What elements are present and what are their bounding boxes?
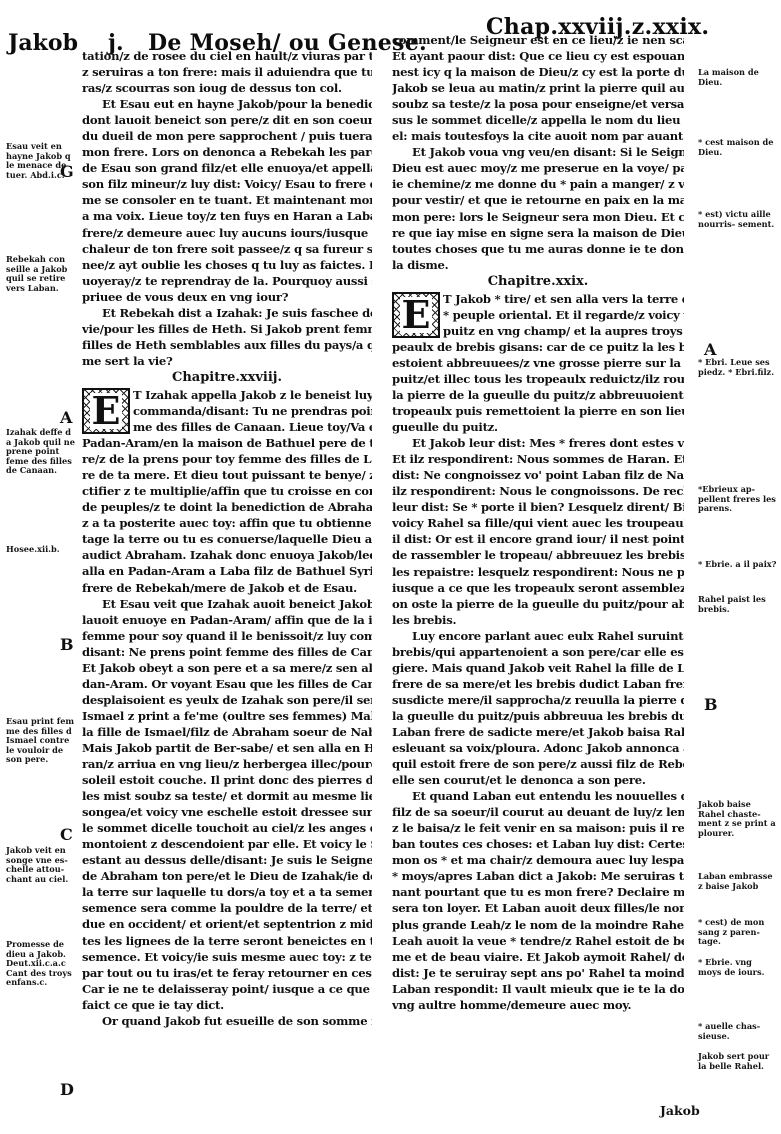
- text-line: la gueulle du puitz/puis abbreuua les br…: [392, 708, 684, 724]
- text-line: plus grande Leah/z le nom de la moindre …: [392, 917, 684, 933]
- margin-note: *Ebrieux ap- pellent freres les parens.: [698, 485, 778, 514]
- text-line: * moys/apres Laban dict a Jakob: Me seru…: [392, 868, 684, 884]
- text-line: esleuant sa voix/ploura. Adonc Jakob ann…: [392, 740, 684, 756]
- margin-note: Esau print fem me des filles d Ismael co…: [6, 717, 78, 765]
- text-line: ban toutes ces choses: et Laban luy dist…: [392, 836, 684, 852]
- margin-note: Hosee.xii.b.: [6, 545, 78, 555]
- text-line: de rassembler le tropeau/ abbreuuez les …: [392, 547, 684, 563]
- text-line: T Jakob * tire/ et sen alla vers la terr…: [443, 291, 684, 307]
- text-line: Ismael z print a fe'me (oultre ses femme…: [82, 708, 372, 724]
- text-line: el: mais toutesfoys la cite auoit nom pa…: [392, 128, 684, 144]
- text-line: Jakob se leua au matin/z print la pierre…: [392, 80, 684, 96]
- text-line: la fille de Ismael/filz de Abraham soeur…: [82, 724, 372, 740]
- text-line: la terre sur laquelle tu dors/a toy et a…: [82, 884, 372, 900]
- text-line: iusque a ce que les tropeaulx seront ass…: [392, 580, 684, 596]
- text-line: nest icy q la maison de Dieu/z cy est la…: [392, 64, 684, 80]
- text-line: de Abraham ton pere/et le Dieu de Izahak…: [82, 868, 372, 884]
- margin-note: * Ebri. Leue ses piedz. * Ebri.filz.: [698, 358, 778, 377]
- text-line: Et Jakob obeyt a son pere et a sa mere/z…: [82, 660, 372, 676]
- section-letter: D: [60, 1080, 74, 1099]
- text-line: re que iay mise en signe sera la maison …: [392, 225, 684, 241]
- margin-note: * cest) de mon sang z paren- tage.: [698, 918, 778, 947]
- decorated-initial-icon: E: [82, 388, 130, 434]
- text-line: lauoit enuoye en Padan-Aram/ affin que d…: [82, 612, 372, 628]
- margin-note: * auelle chas- sieuse.: [698, 1022, 778, 1041]
- text-line: me et de beau viaire. Et Jakob aymoit Ra…: [392, 949, 684, 965]
- margin-note: * cest maison de Dieu.: [698, 138, 778, 157]
- text-line: z le baisa/z le feit venir en sa maison:…: [392, 820, 684, 836]
- text-line: ran/z arriua en vng lieu/z herbergea ill…: [82, 756, 372, 772]
- text-line: uoyeray/z te reprendray de la. Pourquoy …: [82, 273, 372, 289]
- text-line: commanda/disant: Tu ne prendras point fe…: [133, 403, 372, 419]
- text-line: puitz/et illec tous les tropeaulx reduic…: [392, 371, 684, 387]
- text-line: dist: Ne congnoissez vo' point Laban fil…: [392, 467, 684, 483]
- text-line: il dist: Or est il encore grand iour/ il…: [392, 531, 684, 547]
- text-line: T Izahak appella Jakob z le beneist luy: [133, 387, 372, 403]
- text-line: nant pourtant que tu es mon frere? Decla…: [392, 884, 684, 900]
- text-line: me des filles de Canaan. Lieue toy/Va en: [133, 419, 372, 435]
- text-line: semence sera comme la pouldre de la terr…: [82, 900, 372, 916]
- text-line: on oste la pierre de la gueulle du puitz…: [392, 596, 684, 612]
- margin-note: * Ebrie. a il paix?: [698, 560, 778, 570]
- text-line: filz de sa soeur/il courut au deuant de …: [392, 804, 684, 820]
- text-line: ie chemine/z me donne du * pain a manger…: [392, 176, 684, 192]
- text-line: la pierre de la gueulle du puitz/z abbre…: [392, 387, 684, 403]
- text-line: Et ayant paour dist: Que ce lieu cy est …: [392, 48, 684, 64]
- text-line: frere de Rebekah/mere de Jakob et de Esa…: [82, 580, 372, 596]
- text-line: ilz respondirent: Nous le congnoissons. …: [392, 483, 684, 499]
- text-line: ras/z scourras son ioug de dessus ton co…: [82, 80, 372, 96]
- text-line: du dueil de mon pere sapprochent / puis …: [82, 128, 372, 144]
- text-line: pour vestir/ et que ie retourne en paix …: [392, 192, 684, 208]
- text-line: nee/z ayt oublie les choses q tu luy as …: [82, 257, 372, 273]
- margin-note: Izahak deffe d a Jakob quil ne prene poi…: [6, 428, 78, 476]
- margin-note: Laban embrasse z baise Jakob: [698, 872, 778, 891]
- text-line: les repaistre: lesquelz respondirent: No…: [392, 564, 684, 580]
- text-line: * peuple oriental. Et il regarde/z voicy…: [443, 307, 684, 323]
- text-line: songea/et voicy vne eschelle estoit dres…: [82, 804, 372, 820]
- text-line: elle sen courut/et le denonca a son pere…: [392, 772, 684, 788]
- section-letter: B: [704, 695, 718, 714]
- margin-note: Rebekah con seille a Jakob quil se retir…: [6, 255, 78, 293]
- text-line: Et ilz respondirent: Nous sommes de Hara…: [392, 451, 684, 467]
- margin-note: * est) victu aille nourris- sement.: [698, 210, 778, 229]
- text-line: toutes choses que tu me auras donne ie t…: [392, 241, 684, 257]
- text-line: Leah auoit la veue * tendre/z Rahel esto…: [392, 933, 684, 949]
- text-line: soleil estoit couche. Il print donc des …: [82, 772, 372, 788]
- text-line: son filz mineur/z luy dist: Voicy/ Esau …: [82, 176, 372, 192]
- text-line: quil estoit frere de son pere/z aussi fi…: [392, 756, 684, 772]
- text-line: peaulx de brebis gisans: car de ce puitz…: [392, 339, 684, 355]
- chapter-opening: E T Jakob * tire/ et sen alla vers la te…: [392, 291, 684, 339]
- margin-note: Jakob sert pour la belle Rahel.: [698, 1052, 778, 1071]
- text-line: de Esau son grand filz/et elle enuoya/et…: [82, 160, 372, 176]
- text-line: Car ie ne te delaisseray point/ iusque a…: [82, 981, 372, 997]
- text-line: priuee de vous deux en vng iour?: [82, 289, 372, 305]
- text-line: estoient abbreuuees/z vne grosse pierre …: [392, 355, 684, 371]
- text-line: sus le sommet dicelle/z appella le nom d…: [392, 112, 684, 128]
- text-line: Et Esau veit que Izahak auoit beneict Ja…: [82, 596, 372, 612]
- text-line: tage la terre ou tu es conuerse/laquelle…: [82, 531, 372, 547]
- section-letter: C: [60, 825, 73, 844]
- text-line: voicy Rahel sa fille/qui vient auec les …: [392, 515, 684, 531]
- text-line: Laban frere de sadicte mere/et Jakob bai…: [392, 724, 684, 740]
- text-line: Laban respondit: Il vault mieulx que ie …: [392, 981, 684, 997]
- text-line: comment/le Seigneur est en ce lieu/z ie …: [392, 32, 684, 48]
- text-line: Et Jakob leur dist: Mes * freres dont es…: [392, 435, 684, 451]
- text-line: les brebis.: [392, 612, 684, 628]
- text-line: la disme.: [392, 257, 684, 273]
- text-line: vie/pour les filles de Heth. Si Jakob pr…: [82, 321, 372, 337]
- margin-note: Rahel paist les brebis.: [698, 595, 778, 614]
- left-text-column: tation/z de rosee du ciel en hault/z viu…: [82, 48, 372, 1029]
- text-line: desplaisoient es yeulx de Izahak son per…: [82, 692, 372, 708]
- text-line: tation/z de rosee du ciel en hault/z viu…: [82, 48, 372, 64]
- text-line: Et Jakob voua vng veu/en disant: Si le S…: [392, 144, 684, 160]
- right-text-column: comment/le Seigneur est en ce lieu/z ie …: [392, 16, 684, 1013]
- margin-note: * Ebrie. vng moys de iours.: [698, 958, 778, 977]
- section-letter: A: [704, 340, 716, 359]
- text-line: Et quand Laban eut entendu les nouuelles…: [392, 788, 684, 804]
- text-line: les mist soubz sa teste/ et dormit au me…: [82, 788, 372, 804]
- text-line: soubz sa teste/z la posa pour enseigne/e…: [392, 96, 684, 112]
- text-line: femme pour soy quand il le benissoit/z l…: [82, 628, 372, 644]
- chapter-heading: Chapitre.xxix.: [392, 273, 684, 291]
- text-line: le sommet dicelle touchoit au ciel/z les…: [82, 820, 372, 836]
- section-letter: A: [60, 408, 72, 427]
- bible-page: Jakob j. De Moseh/ ou Genese. Chap.xxvii…: [0, 0, 781, 1134]
- chapter-heading: Chapitre.xxviij.: [82, 369, 372, 387]
- text-line: Et Esau eut en hayne Jakob/pour la bened…: [82, 96, 372, 112]
- text-line: gueulle du puitz.: [392, 419, 684, 435]
- text-line: brebis/qui appartenoient a son pere/car …: [392, 644, 684, 660]
- text-line: me sert la vie?: [82, 353, 372, 369]
- text-line: vng aultre homme/demeure auec moy.: [392, 997, 684, 1013]
- catchword: Jakob: [660, 1103, 700, 1118]
- text-line: montoient z descendoient par elle. Et vo…: [82, 836, 372, 852]
- text-line: semence. Et voicy/ie suis mesme auec toy…: [82, 949, 372, 965]
- text-line: dist: Je te seruiray sept ans po' Rahel …: [392, 965, 684, 981]
- text-line: Or quand Jakob fut esueille de son somme…: [82, 1013, 372, 1029]
- text-line: frere de sa mere/et les brebis dudict La…: [392, 676, 684, 692]
- text-line: frere/z demeure auec luy aucuns iours/iu…: [82, 225, 372, 241]
- text-line: filles de Heth semblables aux filles du …: [82, 337, 372, 353]
- text-line: z a ta posterite auec toy: affin que tu …: [82, 515, 372, 531]
- text-line: susdicte mere/il sapprocha/z reuulla la …: [392, 692, 684, 708]
- text-line: Luy encore parlant auec eulx Rahel surui…: [392, 628, 684, 644]
- text-line: ctifier z te multiplie/affin que tu croi…: [82, 483, 372, 499]
- margin-note: Jakob baise Rahel chaste- ment z se prin…: [698, 800, 778, 838]
- text-line: tropeaulx puis remettoient la pierre en …: [392, 403, 684, 419]
- text-line: tes les lignees de la terre seront benei…: [82, 933, 372, 949]
- section-letter: G: [60, 162, 74, 181]
- text-line: a ma voix. Lieue toy/z ten fuys en Haran…: [82, 208, 372, 224]
- chapter-opening: E T Izahak appella Jakob z le beneist lu…: [82, 387, 372, 435]
- text-line: Et Rebekah dist a Izahak: Je suis fasche…: [82, 305, 372, 321]
- text-line: sera ton loyer. Et Laban auoit deux fill…: [392, 900, 684, 916]
- text-line: giere. Mais quand Jakob veit Rahel la fi…: [392, 660, 684, 676]
- margin-note: La maison de Dieu.: [698, 68, 778, 87]
- decorated-initial-icon: E: [392, 292, 440, 338]
- text-line: Dieu est auec moy/z me preserue en la vo…: [392, 160, 684, 176]
- text-line: chaleur de ton frere soit passee/z q sa …: [82, 241, 372, 257]
- text-line: mon os * et ma chair/z demoura auec luy …: [392, 852, 684, 868]
- text-line: disant: Ne prens point femme des filles …: [82, 644, 372, 660]
- text-line: mon frere. Lors on denonca a Rebekah les…: [82, 144, 372, 160]
- text-line: Padan-Aram/en la maison de Bathuel pere …: [82, 435, 372, 451]
- text-line: estant au dessus delle/disant: Je suis l…: [82, 852, 372, 868]
- text-line: audict Abraham. Izahak donc enuoya Jakob…: [82, 547, 372, 563]
- text-line: par tout ou tu iras/et te feray retourne…: [82, 965, 372, 981]
- section-letter: B: [60, 635, 74, 654]
- text-line: re de ta mere. Et dieu tout puissant te …: [82, 467, 372, 483]
- margin-note: Jakob veit en songe vne es- chelle attou…: [6, 846, 78, 884]
- text-line: due en occident/ et orient/et septentrio…: [82, 916, 372, 932]
- text-line: leur dist: Se * porte il bien? Lesquelz …: [392, 499, 684, 515]
- text-line: Mais Jakob partit de Ber-sabe/ et sen al…: [82, 740, 372, 756]
- text-line: dan-Aram. Or voyant Esau que les filles …: [82, 676, 372, 692]
- text-line: re/z de la prens pour toy femme des fill…: [82, 451, 372, 467]
- text-line: me se consoler en te tuant. Et maintenan…: [82, 192, 372, 208]
- text-line: puitz en vng champ/ et la aupres troys t…: [443, 323, 684, 339]
- text-line: faict ce que ie tay dict.: [82, 997, 372, 1013]
- text-line: z seruiras a ton frere: mais il aduiendr…: [82, 64, 372, 80]
- running-head-name: Jakob: [8, 30, 78, 56]
- text-line: alla en Padan-Aram a Laba filz de Bathue…: [82, 563, 372, 579]
- text-line: dont lauoit beneict son pere/z dit en so…: [82, 112, 372, 128]
- text-line: mon pere: lors le Seigneur sera mon Dieu…: [392, 209, 684, 225]
- text-line: de peuples/z te doint la benediction de …: [82, 499, 372, 515]
- margin-note: Promesse de dieu a Jakob. Deut.xii.c.a.c…: [6, 940, 78, 988]
